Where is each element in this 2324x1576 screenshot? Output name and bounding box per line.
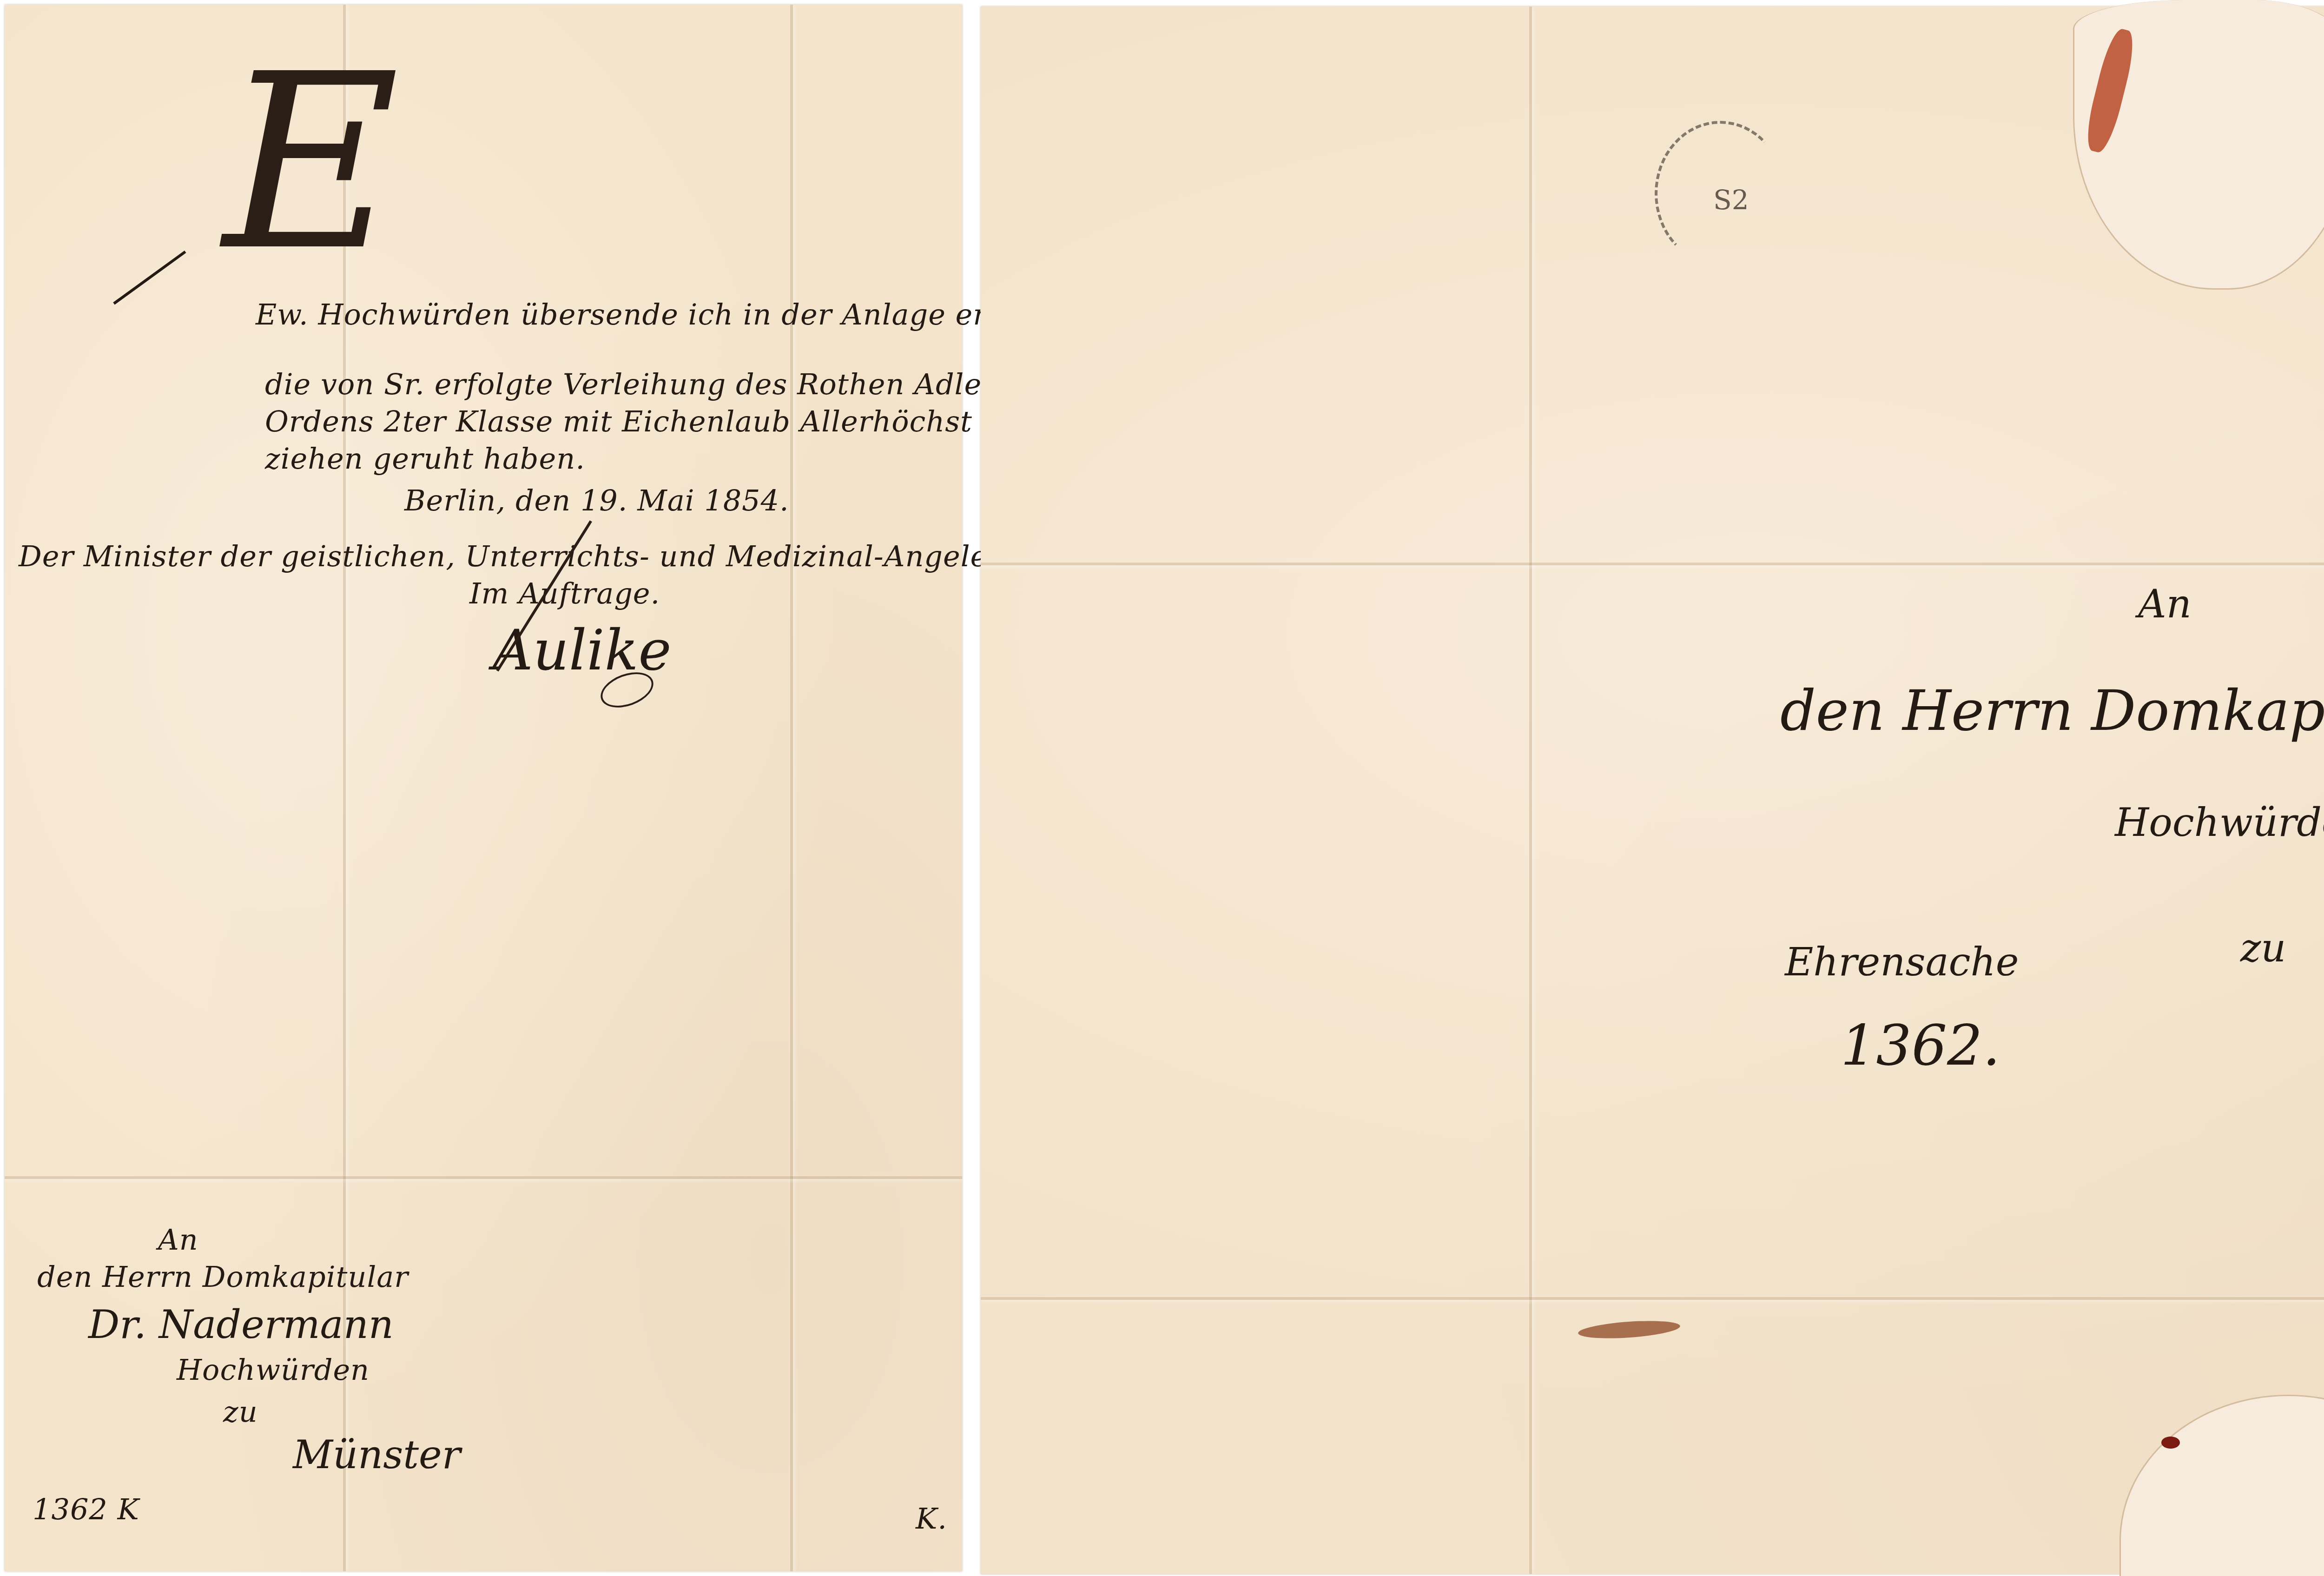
fold-line-horizontal <box>981 563 2324 565</box>
letter-body-line: ziehen geruht haben. <box>265 442 585 476</box>
address-title: den Herrn Domkapitular <box>37 1260 409 1294</box>
letter-body-line: die von Sr. erfolgte Verleihung des Roth… <box>265 367 996 401</box>
cover-address-title: den Herrn Domkapitular Dr. Nadermann <box>1780 679 2324 743</box>
letter-body-line: Ordens 2ter Klasse mit Eichenlaub Allerh… <box>265 404 1090 438</box>
margin-mark <box>113 251 186 305</box>
ministry-line: Der Minister der geistlichen, Unterricht… <box>19 539 1138 573</box>
im-auftrage: Im Auftrage. <box>469 576 660 610</box>
cover-note: Ehrensache <box>1785 939 2019 985</box>
address-honorific: Hochwürden <box>177 1353 370 1387</box>
fold-line-vertical <box>1529 7 1532 1574</box>
letter-date: Berlin, den 19. Mai 1854. <box>404 483 789 517</box>
fold-line-horizontal <box>5 1176 962 1179</box>
fold-line-horizontal <box>981 1297 2324 1300</box>
wax-seal-remnant <box>2161 1437 2180 1449</box>
address-prep: zu <box>223 1395 258 1429</box>
corner-mark: K. <box>916 1502 947 1536</box>
faint-postmark: S2 <box>1655 121 1786 266</box>
reference-number: 1362 K <box>33 1492 139 1526</box>
decorative-initial: E <box>223 42 400 284</box>
address-name: Dr. Nadermann <box>88 1302 394 1347</box>
address-city: Münster <box>293 1432 461 1477</box>
faint-postmark-text: S2 <box>1713 184 1749 216</box>
cover-number: 1362. <box>1841 1013 2000 1078</box>
address-an: An <box>158 1223 198 1257</box>
letter-sheet: E Ew. Hochwürden übersende ich in der An… <box>5 5 962 1571</box>
cover-address-an: An <box>2138 581 2192 627</box>
fold-line-vertical <box>790 5 793 1571</box>
cover-address-honorific: Hochwürden <box>2115 800 2324 845</box>
cover-address-prep: zu <box>2240 925 2286 971</box>
